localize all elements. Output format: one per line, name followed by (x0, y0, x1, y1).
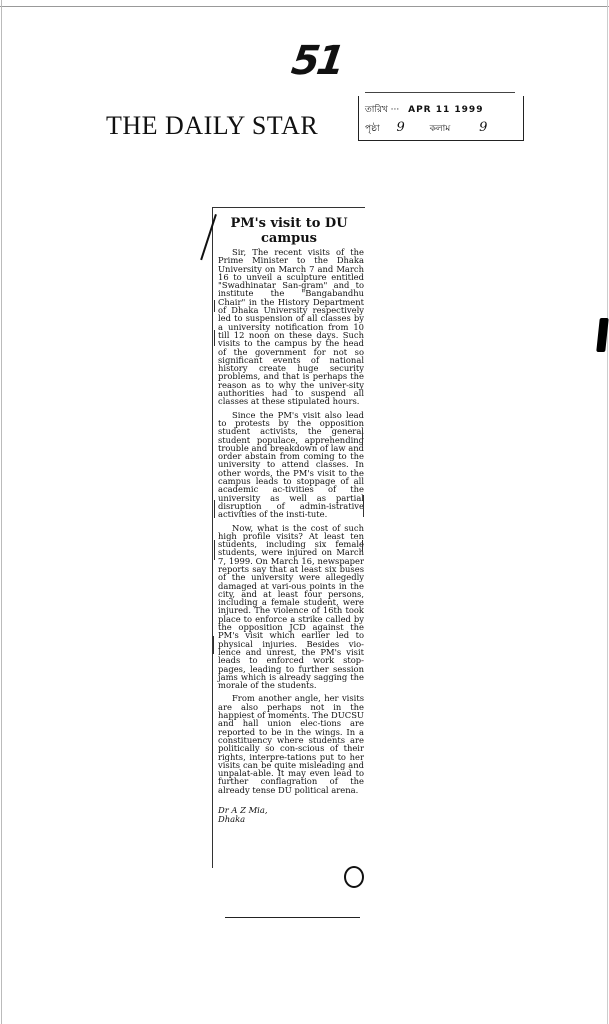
article-paragraph: Now, what is the cost of such high profi… (218, 524, 364, 690)
article-paragraph: Sir, The recent visits of the Prime Mini… (218, 248, 364, 406)
article-signature: Dr A Z Mia, Dhaka (218, 806, 364, 824)
margin-mark (362, 540, 363, 552)
margin-mark (214, 500, 215, 518)
scan-left-edge (1, 0, 2, 1024)
article-paragraph: From another angle, her visits are also … (218, 694, 364, 794)
stamp-column-value: 9 (479, 120, 487, 135)
margin-mark (214, 330, 215, 346)
handwritten-page-number: 51 (289, 38, 345, 84)
article-headline: PM's visit to DU campus (213, 216, 365, 246)
stamp-page-value: 9 (396, 120, 404, 135)
margin-mark (363, 495, 364, 517)
archive-stamp: তারিখ ··· APR 11 1999 পৃষ্ঠা 9 কলাম 9 (358, 96, 524, 141)
stamp-top-rule (365, 92, 515, 93)
hand-drawn-end-line (225, 916, 360, 918)
letter-article: PM's visit to DU campus Sir, The recent … (212, 207, 365, 868)
stamp-date-value: APR 11 1999 (408, 105, 483, 115)
article-body: Sir, The recent visits of the Prime Mini… (218, 248, 364, 824)
stamp-date-row: তারিখ ··· APR 11 1999 (365, 102, 483, 117)
scan-top-edge (0, 6, 609, 7)
stamp-date-label: তারিখ ··· (365, 105, 399, 115)
stamp-column-label: কলাম (430, 121, 451, 136)
stamp-page-label: পৃষ্ঠা (365, 121, 380, 136)
article-paragraph: Since the PM's visit also lead to protes… (218, 411, 364, 519)
margin-mark (362, 430, 363, 444)
margin-mark (214, 540, 215, 560)
margin-mark (214, 300, 215, 312)
scan-right-edge (607, 0, 608, 1024)
newspaper-masthead: THE DAILY STAR (106, 111, 318, 141)
stamp-page-column-row: পৃষ্ঠা 9 কলাম 9 (365, 120, 515, 136)
margin-mark (213, 636, 214, 654)
signature-place: Dhaka (218, 815, 364, 824)
handwritten-circle-mark (344, 866, 364, 888)
